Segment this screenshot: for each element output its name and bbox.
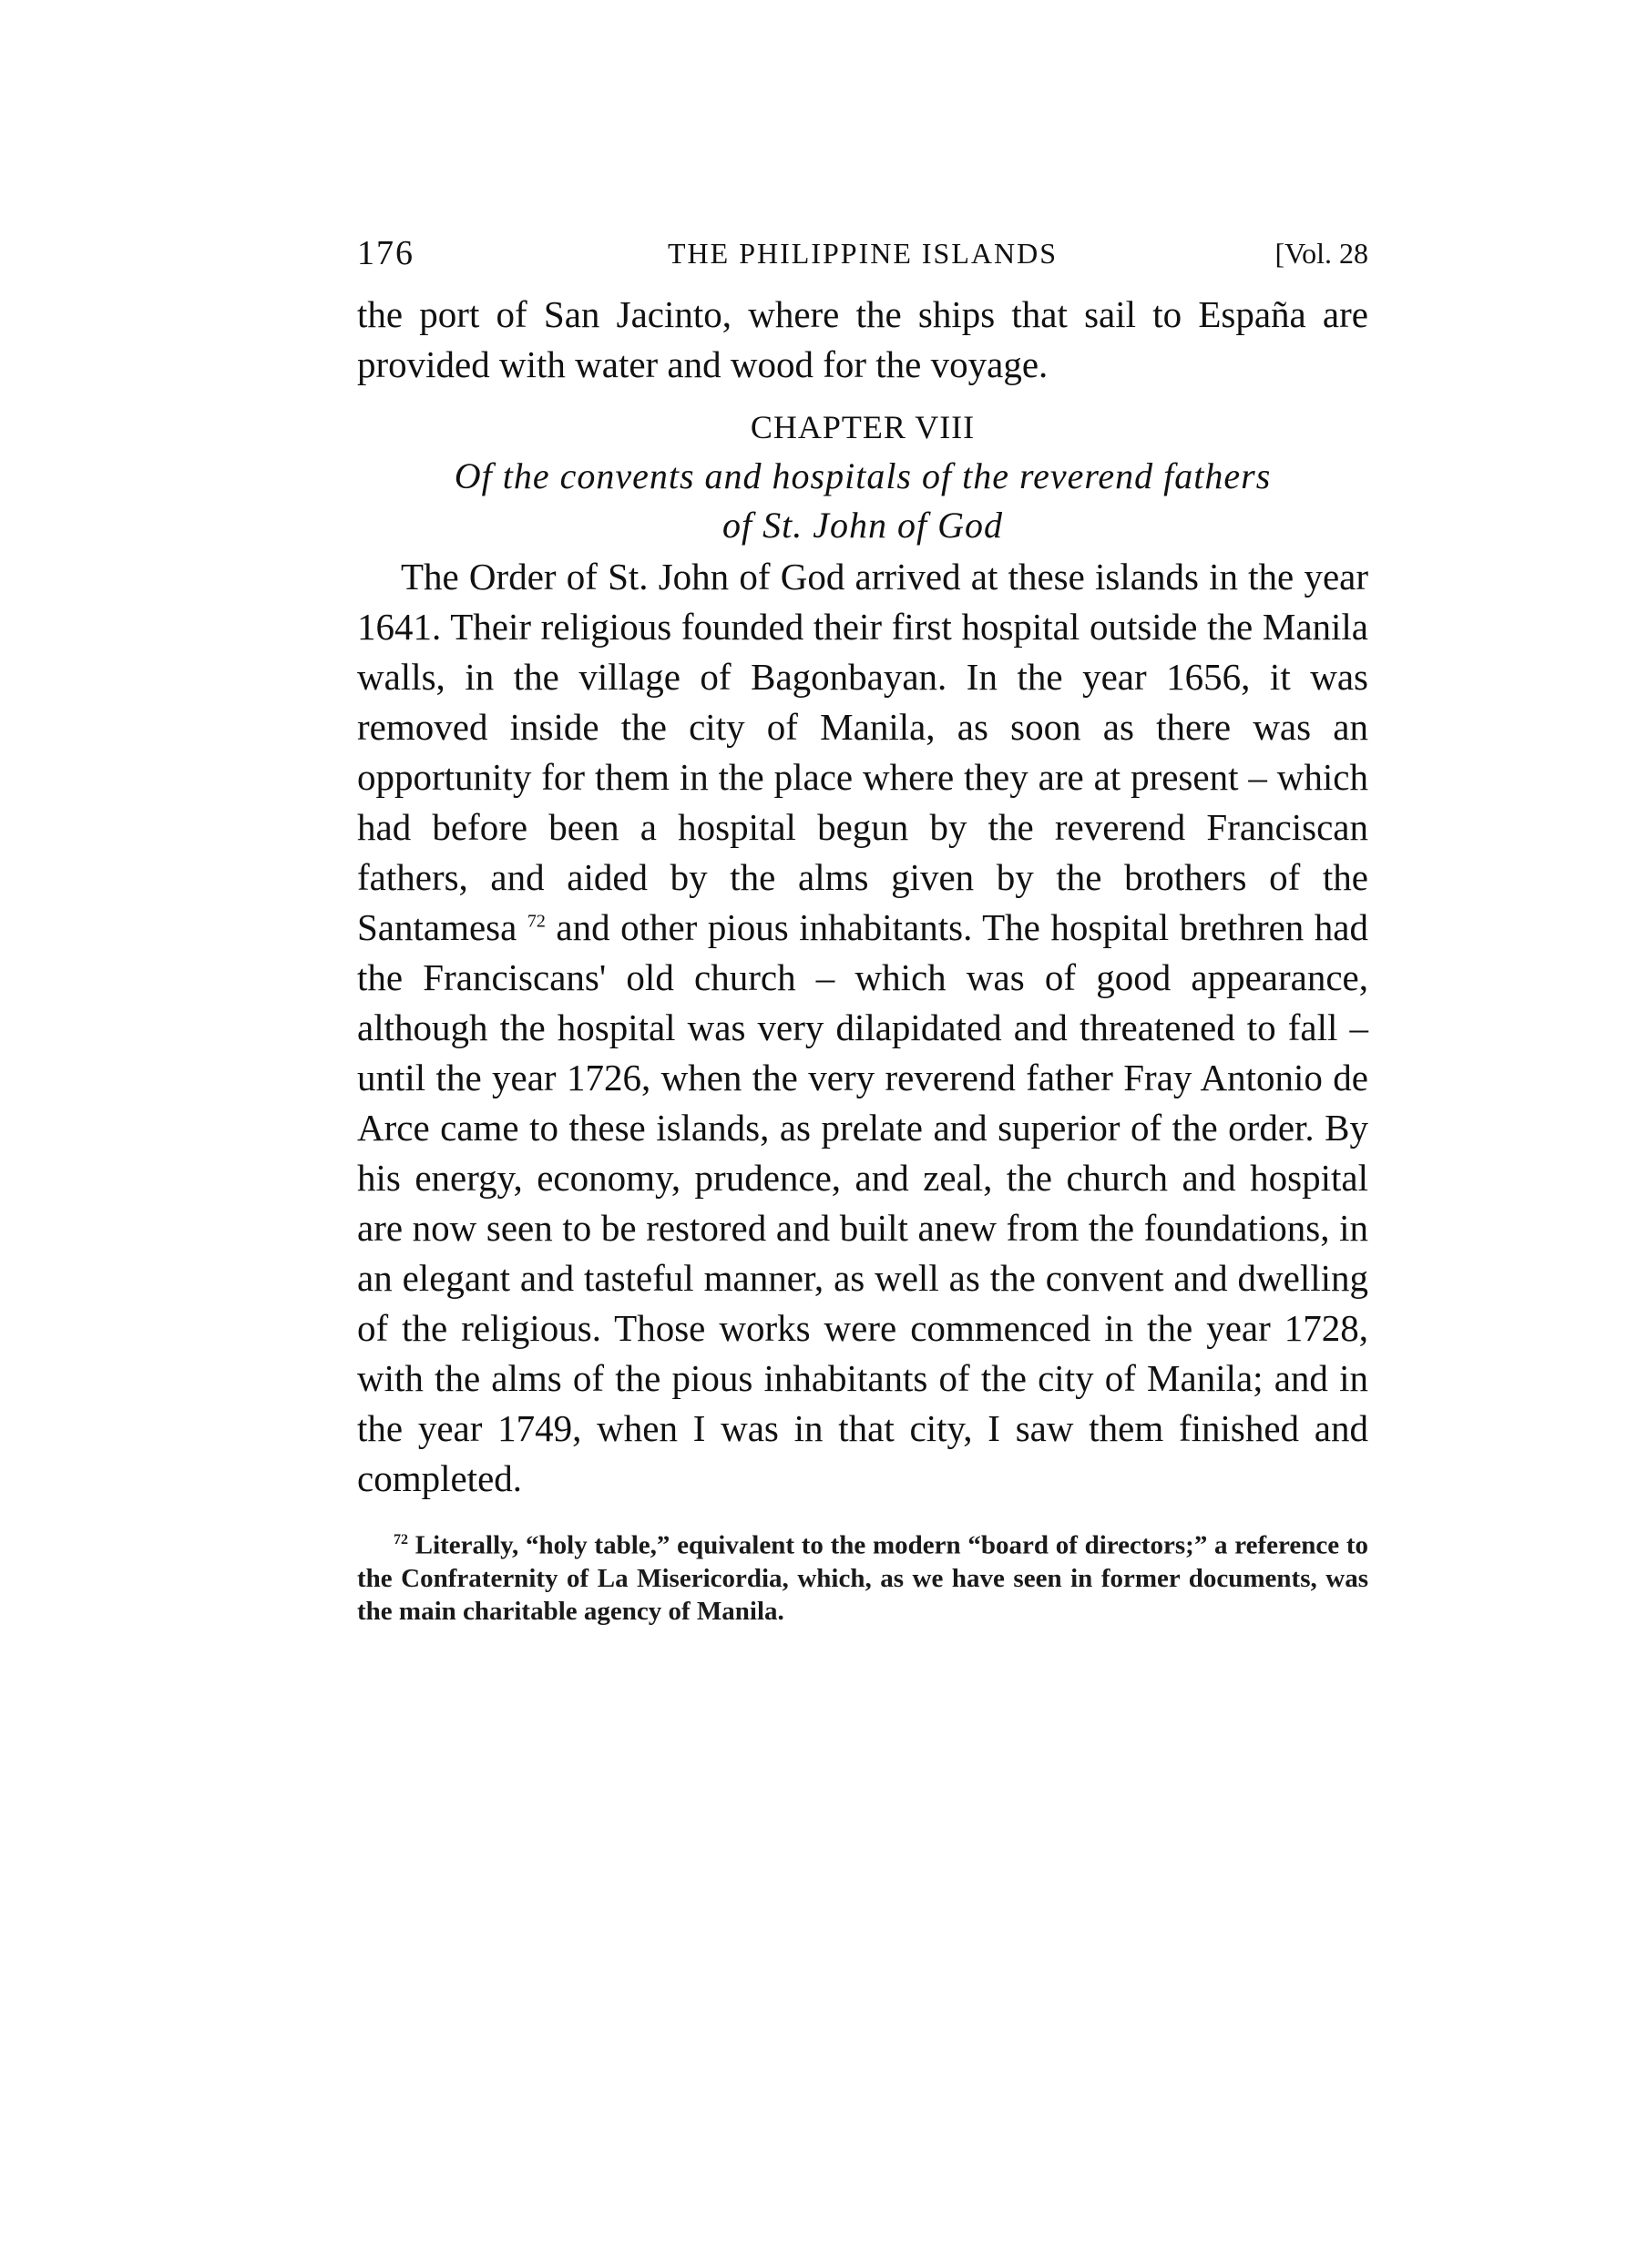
footnote: 72 Literally, “holy table,” equivalent t… <box>357 1524 1368 1628</box>
main-paragraph-part-2: and other pious inhabitants. The hospita… <box>357 906 1368 1499</box>
main-paragraph-part-1: The Order of St. John of God arrived at … <box>357 556 1368 948</box>
footnote-reference[interactable]: 72 <box>527 911 546 931</box>
footnote-text: Literally, “holy table,” equivalent to t… <box>357 1531 1368 1626</box>
chapter-subtitle-line-1: Of the convents and hospitals of the rev… <box>357 452 1368 501</box>
running-head: 176 THE PHILIPPINE ISLANDS [Vol. 28 <box>357 228 1368 282</box>
volume-label: [Vol. 28 <box>1274 237 1368 271</box>
intro-paragraph: the port of San Jacinto, where the ships… <box>357 290 1368 390</box>
chapter-subtitle-line-2: of St. John of God <box>357 501 1368 550</box>
footnote-marker: 72 <box>394 1532 408 1548</box>
book-page: 176 THE PHILIPPINE ISLANDS [Vol. 28 the … <box>357 228 1368 1654</box>
main-paragraph: The Order of St. John of God arrived at … <box>357 552 1368 1504</box>
chapter-heading: CHAPTER VIII <box>357 403 1368 452</box>
book-title: THE PHILIPPINE ISLANDS <box>357 237 1368 271</box>
